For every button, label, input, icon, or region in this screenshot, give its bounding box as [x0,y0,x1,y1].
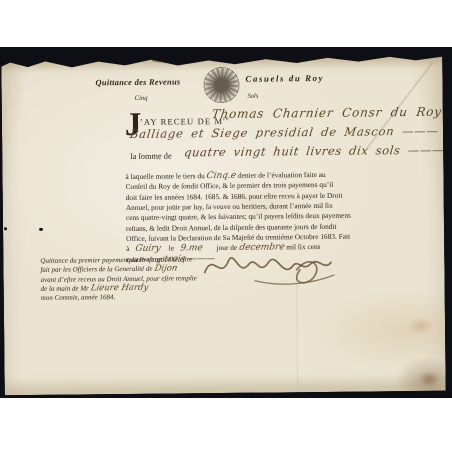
header-title-right: Casuels du Roy [245,73,324,84]
handwritten-payer-name: Thomas Charnier Consr du Roy au [211,104,452,121]
note-line: mon Commis, année 1684. [41,292,231,303]
body-text: denier de l’évaluation faite au [238,170,326,180]
tax-word-cinq: Cinq [135,95,148,102]
note-text: fait par les Officiers de la Generalité … [40,265,152,274]
document-photo-backdrop: Quittance des Revenus Casuels du Roy Cin… [0,47,452,398]
body-text: à laquelle monte le tiers du [125,171,204,181]
product-photo-page: Quittance des Revenus Casuels du Roy Cin… [0,0,452,452]
round-ink-stamp-icon [203,67,239,103]
burn-mark [151,57,191,62]
ink-speck [4,227,7,230]
tax-word-sols: Sols [248,93,259,100]
ink-speck [39,228,43,231]
sum-label: la ſomme de [130,152,171,161]
margin-note: Quittance du premier payement du Preſt o… [40,255,230,303]
handwritten-fill-denier: Cinq.e [206,171,237,182]
note-text: de la main de Mr [41,284,89,293]
burn-mark [301,56,315,59]
handwritten-sum: quatre vingt huit livres dix sols ———— [183,143,452,160]
paper-stain [419,371,441,387]
header-title-left: Quittance des Revenus [95,77,180,87]
body-text: le [169,244,174,253]
burn-mark [227,58,245,61]
handwritten-commis-name: Lieure Hardy [90,284,149,294]
paper-stain [408,317,434,335]
body-text: à [126,244,129,253]
handwritten-place: Guiry [135,244,162,255]
antique-document-paper: Quittance des Revenus Casuels du Roy Cin… [1,55,445,396]
handwritten-generalite: Dijon [154,265,178,275]
handwritten-payer-office: Balliage et Siege presidial de Mascon ——… [129,124,440,141]
burn-mark [109,59,135,63]
